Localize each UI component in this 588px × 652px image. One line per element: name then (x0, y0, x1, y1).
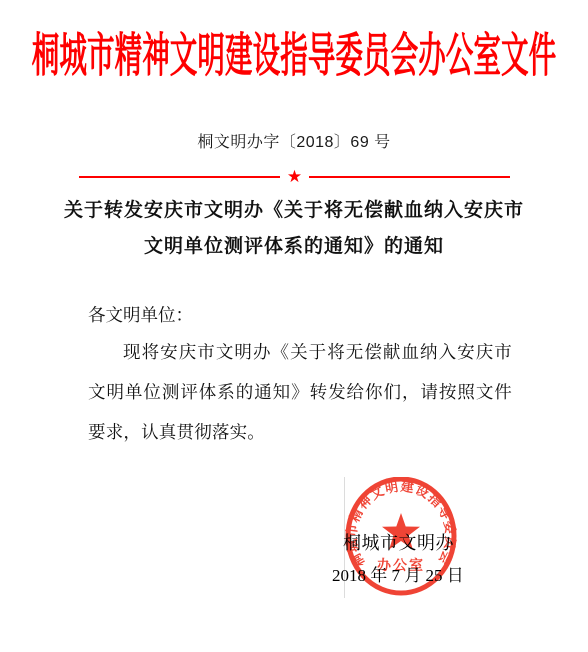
signer-name: 桐城市文明办 (343, 529, 454, 555)
body-paragraph: 现将安庆市文明办《关于将无偿献血纳入安庆市文明单位测评体系的通知》转发给你们，请… (88, 332, 512, 452)
red-divider: ★ (79, 166, 510, 188)
letterhead-org-title: 桐城市精神文明建设指导委员会办公室文件 (32, 18, 556, 85)
official-document-page: 桐城市精神文明建设指导委员会办公室文件 桐文明办字〔2018〕69 号 ★ 关于… (0, 0, 588, 652)
divider-line-left (79, 176, 280, 178)
document-title-line1: 关于转发安庆市文明办《关于将无偿献血纳入安庆市 (44, 193, 544, 229)
letterhead: 桐城市精神文明建设指导委员会办公室文件 (0, 24, 588, 80)
document-title: 关于转发安庆市文明办《关于将无偿献血纳入安庆市 文明单位测评体系的通知》的通知 (44, 193, 544, 265)
salutation: 各文明单位： (88, 302, 193, 327)
document-title-line2: 文明单位测评体系的通知》的通知 (44, 229, 544, 265)
divider-line-right (309, 176, 510, 178)
signature-date: 2018 年 7 月 25 日 (332, 561, 464, 586)
document-number: 桐文明办字〔2018〕69 号 (0, 129, 588, 152)
star-icon: ★ (280, 166, 309, 188)
